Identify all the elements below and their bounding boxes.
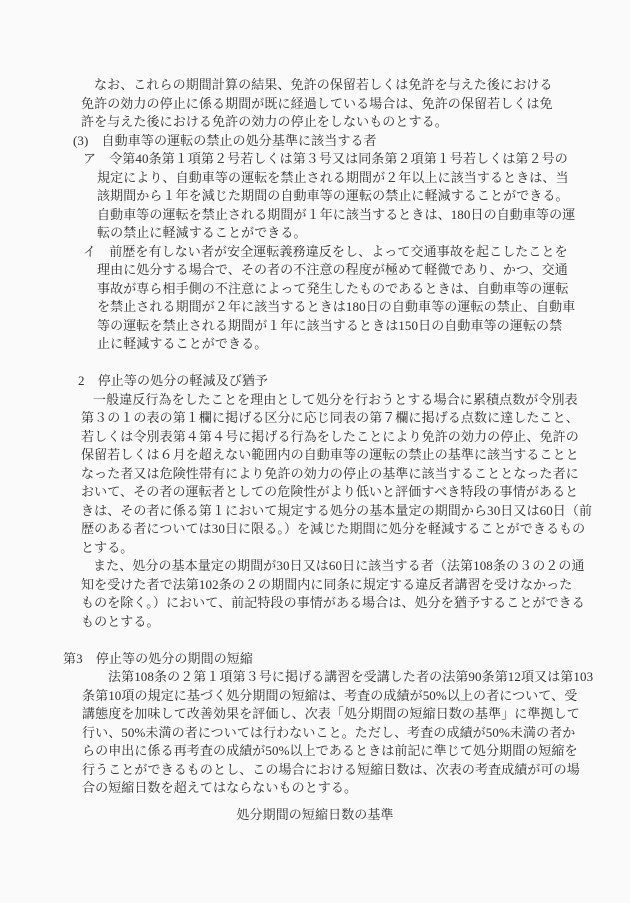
text-line: 理由に処分する場合で、その者の不注意の程度が極めて軽微であり、かつ、交通 <box>97 261 630 280</box>
text-line: 歴のある者については30日に限る。）を減じた期間に処分を軽減することができるもの <box>81 520 630 539</box>
text-line: 知を受けた者で法第102条の２の期間内に同条に規定する違反者講習を受けなかった <box>81 576 630 595</box>
table-caption: 処分期間の短縮日数の基準 <box>0 806 630 825</box>
sub-item-i-heading: イ 前歴を有しない者が安全運転義務違反をし、よって交通事故を起こしたことを <box>83 243 630 262</box>
text-line: 免許の効力の停止に係る期間が既に経過している場合は、免許の保留若しくは免 <box>81 95 630 114</box>
text-line: 若しくは令別表第４第４号に掲げる行為をしたことにより免許の効力の停止、免許の <box>81 428 630 447</box>
text-line: 一般違反行為をしたことを理由として処分を行おうとする場合に累積点数が令別表 <box>93 391 630 410</box>
text-line: 該期間から１年を減じた期間の自動車等の運転の禁止に軽減することができる。 <box>97 187 630 206</box>
text-line: 条第10項の規定に基づく処分期間の短縮は、考査の成績が50%以上の者について、受 <box>82 687 630 706</box>
section-3-heading: 第3 停止等の処分の期間の短縮 <box>63 650 630 669</box>
text-line: きは、その者に係る第１において規定する処分の基本量定の期間から30日又は60日（… <box>81 502 630 521</box>
text-line: 等の運転を禁止される期間が１年に該当するときは150日の自動車等の運転の禁 <box>97 317 630 336</box>
blank-line <box>0 354 630 373</box>
document-body: なお、これらの期間計算の結果、免許の保留若しくは免許を与えた後における免許の効力… <box>0 76 630 824</box>
section-2-heading: 2 停止等の処分の軽減及び猶予 <box>78 372 630 391</box>
text-line: ものとする。 <box>81 613 630 632</box>
text-line: 行うことができるものとし、この場合における短縮日数は、次表の考査成績が可の場 <box>82 761 630 780</box>
text-line: 転の禁止に軽減することができる。 <box>97 224 630 243</box>
text-line: 合の短縮日数を超えてはならないものとする。 <box>82 779 630 798</box>
blank-line <box>0 631 630 650</box>
text-line: 法第108条の２第１項第３号に掲げる講習を受講した者の法第90条第12項又は第1… <box>108 668 630 687</box>
text-line: 止に軽減することができる。 <box>97 335 630 354</box>
text-line: 第３の１の表の第１欄に掲げる区分に応じ同表の第７欄に掲げる点数に達したこと、 <box>81 409 630 428</box>
text-line: ものを除く。）において、前記特段の事情がある場合は、処分を猶予することができる <box>81 594 630 613</box>
text-line: とする。 <box>81 539 630 558</box>
text-line: らの申出に係る再考査の成績が50%以上であるときは前記に準じて処分期間の短縮を <box>82 742 630 761</box>
text-line: 自動車等の運転を禁止される期間が１年に該当するときは、180日の自動車等の運 <box>97 206 630 225</box>
clause-3-heading: (3) 自動車等の運転の禁止の処分基準に該当する者 <box>73 132 630 151</box>
document-page: なお、これらの期間計算の結果、免許の保留若しくは免許を与えた後における免許の効力… <box>0 0 630 903</box>
text-line: なった者又は危険性帯有により免許の効力の停止の基準に該当することとなった者に <box>81 465 630 484</box>
text-line: おいて、その者の運転者としての危険性がより低いと評価すべき特段の事情があると <box>81 483 630 502</box>
text-line: また、処分の基本量定の期間が30日又は60日に該当する者（法第108条の３の２の… <box>93 557 630 576</box>
text-line: なお、これらの期間計算の結果、免許の保留若しくは免許を与えた後における <box>94 76 630 95</box>
text-line: 保留若しくは６月を超えない範囲内の自動車等の運転の禁止の基準に該当することと <box>81 446 630 465</box>
text-line: 行い、50%未満の者については行わないこと。ただし、考査の成績が50%未満の者か <box>82 724 630 743</box>
text-line: 許を与えた後における免許の効力の停止をしないものとする。 <box>81 113 630 132</box>
text-line: 講態度を加味して改善効果を評価し、次表「処分期間の短縮日数の基準」に準拠して <box>82 705 630 724</box>
text-line: 事故が専ら相手側の不注意によって発生したものであるときは、自動車等の運転 <box>97 280 630 299</box>
text-line: 規定により、自動車等の運転を禁止される期間が２年以上に該当するときは、当 <box>97 169 630 188</box>
sub-item-a-heading: ア 令第40条第１項第２号若しくは第３号又は同条第２項第１号若しくは第２号の <box>83 150 630 169</box>
text-line: を禁止される期間が２年に該当するときは180日の自動車等の運転の禁止、自動車 <box>97 298 630 317</box>
